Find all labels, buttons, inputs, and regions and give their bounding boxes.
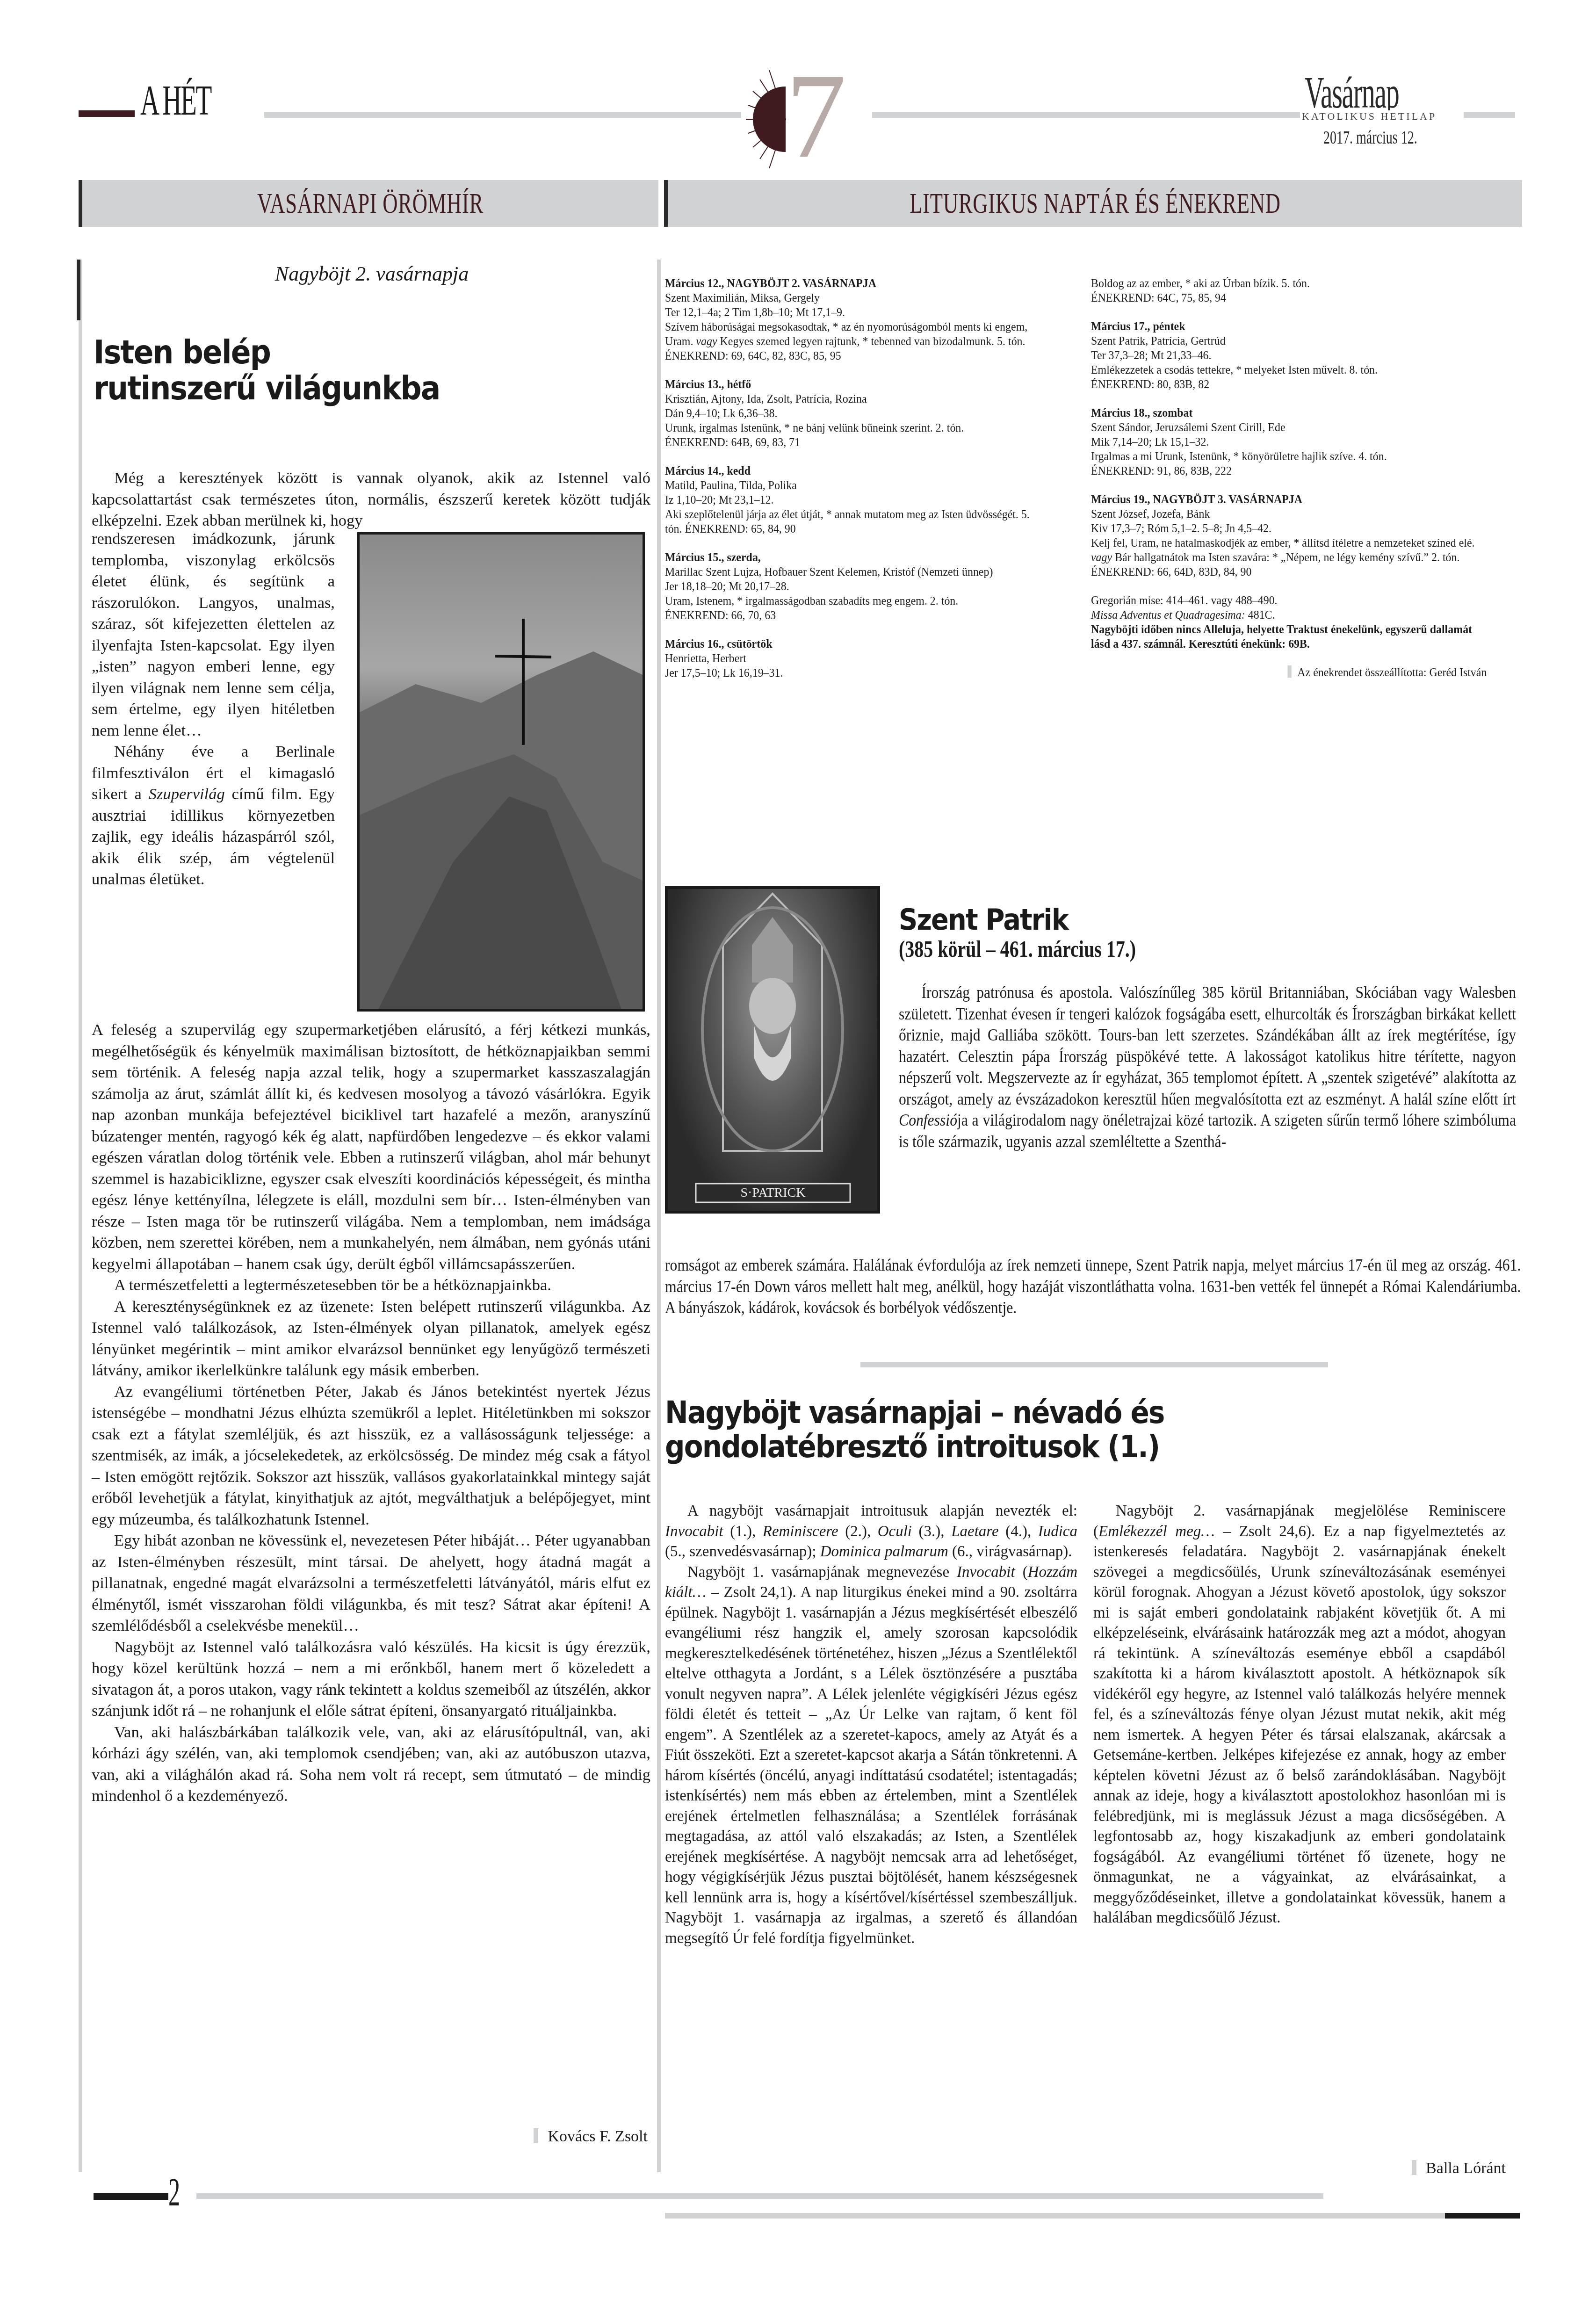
calendar-column-2: Boldog az az ember, * aki az Úrban bízik… <box>1091 276 1487 679</box>
calendar-entry: Március 12., NAGYBÖJT 2. VASÁRNAPJA Szen… <box>665 276 1044 363</box>
issue-date: 2017. március 12. <box>1323 126 1417 148</box>
mountain-cross-photo <box>357 532 645 1012</box>
calendar-antiphon: Irgalmas a mi Urunk, Istenünk, * könyörü… <box>1091 449 1487 463</box>
calendar-entry: Március 13., hétfő Krisztián, Ajtony, Id… <box>665 377 1044 449</box>
calendar-entry: Március 17., péntek Szent Patrik, Patríc… <box>1091 319 1487 391</box>
calendar-readings: Ter 37,3–28; Mt 21,33–46. <box>1091 348 1487 362</box>
body-paragraph: A természetfeletti a legtermészetesebben… <box>92 1275 650 1296</box>
patrik-title: Szent Patrik <box>899 903 1068 937</box>
introitus-paragraph: Nagyböjt 2. vasárnapjának megjelölése Re… <box>1093 1501 1506 1929</box>
section-header-liturgikus-naptar: LITURGIKUS NAPTÁR ÉS ÉNEKREND <box>664 180 1522 227</box>
calendar-antiphon: Emlékezzetek a csodás tettekre, * melyek… <box>1091 362 1487 377</box>
masthead-rule-left <box>264 112 741 118</box>
saint-patrick-stained-glass-icon: S·PATRICK <box>668 889 877 1211</box>
calendar-readings: Dán 9,4–10; Lk 6,36–38. <box>665 406 1044 420</box>
calendar-day: Március 19., NAGYBÖJT 3. VASÁRNAPJA <box>1091 492 1487 506</box>
calendar-antiphon: Uram, Istenem, * irgalmasságodban szabad… <box>665 593 1044 608</box>
calendar-names: Matild, Paulina, Tilda, Polika <box>665 478 1044 492</box>
section-header-title: VASÁRNAPI ÖRÖMHÍR <box>257 187 484 220</box>
calendar-names: Marillac Szent Lujza, Hofbauer Szent Kel… <box>665 564 1044 579</box>
body-paragraph: Egy hibát azonban ne kövessünk el, nevez… <box>92 1530 650 1637</box>
calendar-entry: Március 18., szombat Szent Sándor, Jeruz… <box>1091 405 1487 478</box>
calendar-readings: Jer 17,5–10; Lk 16,19–31. <box>665 665 1044 680</box>
patrik-paragraph: Írország patrónusa és apostola. Valószín… <box>899 982 1516 1152</box>
calendar-day: Március 16., csütörtök <box>665 636 1044 651</box>
calendar-readings: Kiv 17,3–7; Róm 5,1–2. 5–8; Jn 4,5–42. <box>1091 521 1487 535</box>
patrik-subtitle: (385 körül – 461. március 17.) <box>899 935 1136 962</box>
section-tag: A HÉT <box>140 79 211 122</box>
wrap-paragraph: rendszeresen imádkozunk, járunk templomb… <box>92 528 335 741</box>
mountain-summit-icon <box>360 535 643 1009</box>
calendar-hymns: ÉNEKREND: 66, 64D, 83D, 84, 90 <box>1091 564 1487 579</box>
body-paragraph: A feleség a szupervilág egy szupermarket… <box>92 1019 650 1275</box>
calendar-hymns: ÉNEKREND: 91, 86, 83B, 222 <box>1091 463 1487 478</box>
calendar-readings: Jer 18,18–20; Mt 20,17–28. <box>665 579 1044 593</box>
headline-line: Isten belép <box>94 334 599 370</box>
headline-line: Nagyböjt vasárnapjai – névadó és <box>665 1396 1465 1430</box>
introitus-column-1: A nagyböjt vasárnapjait introitusuk alap… <box>665 1501 1077 1949</box>
byline-marker <box>1287 665 1291 678</box>
article-intro: Még a keresztények között is vannak olya… <box>92 468 650 532</box>
calendar-names: Krisztián, Ajtony, Ida, Zsolt, Patrícia,… <box>665 391 1044 406</box>
calendar-readings: Ter 12,1–4a; 2 Tim 1,8b–10; Mt 17,1–9. <box>665 305 1044 319</box>
calendar-day: Március 13., hétfő <box>665 377 1044 391</box>
body-paragraph: Az evangéliumi történetben Péter, Jakab … <box>92 1381 650 1531</box>
section-header-title: LITURGIKUS NAPTÁR ÉS ÉNEKREND <box>910 187 1280 220</box>
calendar-readings: Iz 1,10–20; Mt 23,1–12. <box>665 492 1044 507</box>
calendar-column-1: Március 12., NAGYBÖJT 2. VASÁRNAPJA Szen… <box>665 276 1044 694</box>
section-tag-bar <box>79 110 135 117</box>
calendar-hymns: ÉNEKREND: 64C, 75, 85, 94 <box>1091 290 1487 305</box>
introitus-paragraph: Nagyböjt 1. vasárnapjának megnevezése In… <box>665 1562 1077 1949</box>
masthead-rule-right <box>872 112 1307 118</box>
masthead-rule-far-right <box>1464 112 1515 118</box>
calendar-hymns: ÉNEKREND: 80, 83B, 82 <box>1091 377 1487 391</box>
newspaper-subtitle: KATOLIKUS HETILAP <box>1300 110 1438 123</box>
left-frame-top-accent <box>77 260 80 320</box>
calendar-names: Szent Sándor, Jeruzsálemi Szent Cirill, … <box>1091 420 1487 434</box>
calendar-entry: Március 14., kedd Matild, Paulina, Tilda… <box>665 463 1044 536</box>
article-body: A feleség a szupervilág egy szupermarket… <box>92 1019 650 1807</box>
newspaper-logo[interactable]: Vasárnap <box>1305 70 1399 115</box>
calendar-names: Szent Patrik, Patrícia, Gertrúd <box>1091 333 1487 348</box>
calendar-names: Henrietta, Herbert <box>665 651 1044 665</box>
calendar-names: Szent Maximilián, Miksa, Gergely <box>665 290 1044 305</box>
introitus-headline: Nagyböjt vasárnapjai – névadó és gondola… <box>665 1396 1465 1464</box>
article-byline: Kovács F. Zsolt <box>374 2128 648 2146</box>
calendar-day: Március 15., szerda, <box>665 550 1044 564</box>
missa-line: Missa Adventus et Quadragesima: 481C. <box>1091 607 1487 622</box>
calendar-readings: Mik 7,14–20; Lk 15,1–32. <box>1091 434 1487 449</box>
calendar-antiphon: Kelj fel, Uram, ne hatalmaskodjék az emb… <box>1091 535 1487 564</box>
introitus-column-2: Nagyböjt 2. vasárnapjának megjelölése Re… <box>1093 1501 1506 1929</box>
calendar-day: Március 14., kedd <box>665 463 1044 478</box>
section-number: 7 <box>786 55 846 177</box>
calendar-antiphon: Urunk, irgalmas Istenünk, * ne bánj velü… <box>665 420 1044 435</box>
calendar-entry: Március 16., csütörtök Henrietta, Herber… <box>665 636 1044 680</box>
patrik-divider <box>860 1362 1328 1367</box>
calendar-hymns: ÉNEKREND: 66, 70, 63 <box>665 608 1044 622</box>
introitus-paragraph: A nagyböjt vasárnapjait introitusuk alap… <box>665 1501 1077 1562</box>
calendar-names: Szent József, Jozefa, Bánk <box>1091 506 1487 521</box>
footer-dark-bar <box>94 2193 168 2200</box>
calendar-antiphon: Aki szeplőtelenül járja az élet útját, *… <box>665 507 1044 536</box>
calendar-day: Március 17., péntek <box>1091 319 1487 333</box>
calendar-hymns: ÉNEKREND: 69, 64C, 82, 83C, 85, 95 <box>665 348 1044 363</box>
headline-line: rutinszerű világunkba <box>94 370 599 406</box>
article-headline: Isten belép rutinszerű világunkba <box>94 334 599 406</box>
gregorian-mass: Gregorián mise: 414–461. vagy 488–490. <box>1091 593 1487 607</box>
calendar-antiphon: Boldog az az ember, * aki az Úrban bízik… <box>1091 276 1487 290</box>
intro-paragraph: Még a keresztények között is vannak olya… <box>92 468 650 532</box>
lent-note: Nagyböjti időben nincs Alleluja, helyett… <box>1091 622 1487 651</box>
section-header-vasarnapi-oromhir: VASÁRNAPI ÖRÖMHÍR <box>79 180 658 227</box>
footer-rule-left <box>196 2193 1323 2199</box>
page-number: 2 <box>168 2170 180 2215</box>
patrik-paragraph: romságot az emberek számára. Halálának é… <box>665 1255 1521 1319</box>
patrik-body-full: romságot az emberek számára. Halálának é… <box>665 1255 1521 1319</box>
calendar-antiphon: Szívem háborúságai megsokasodtak, * az é… <box>665 319 1044 348</box>
calendar-entry: Március 19., NAGYBÖJT 3. VASÁRNAPJA Szen… <box>1091 492 1487 579</box>
footer-dark-bar-right <box>1445 2213 1520 2219</box>
calendar-day: Március 18., szombat <box>1091 405 1487 420</box>
body-paragraph: Nagyböjt az Istennel való találkozásra v… <box>92 1637 650 1722</box>
article-kicker: Nagyböjt 2. vasárnapja <box>84 262 659 286</box>
footer-rule-right <box>665 2213 1445 2219</box>
patrik-body-wrap: Írország patrónusa és apostola. Valószín… <box>899 982 1516 1152</box>
calendar-compiled-by: Az énekrendet összeállította: Geréd Istv… <box>1091 665 1487 679</box>
calendar-notes: Gregorián mise: 414–461. vagy 488–490. M… <box>1091 593 1487 651</box>
calendar-day: Március 12., NAGYBÖJT 2. VASÁRNAPJA <box>665 276 1044 290</box>
stained-glass-caption: S·PATRICK <box>740 1185 805 1200</box>
wrap-paragraph-2: Néhány éve a Berlinale filmfesztiválon é… <box>92 741 335 890</box>
calendar-continuation: Boldog az az ember, * aki az Úrban bízik… <box>1091 276 1487 305</box>
calendar-hymns: ÉNEKREND: 64B, 69, 83, 71 <box>665 435 1044 449</box>
headline-line: gondolatébresztő introitusok (1.) <box>665 1430 1465 1464</box>
body-paragraph: A kereszténységünknek ez az üzenete: Ist… <box>92 1296 650 1381</box>
introitus-byline: Balla Lóránt <box>1263 2160 1506 2177</box>
stained-glass-photo: S·PATRICK <box>665 886 880 1214</box>
body-paragraph: Van, aki halászbárkában találkozik vele,… <box>92 1722 650 1807</box>
article-wrap-text: rendszeresen imádkozunk, járunk templomb… <box>92 528 335 890</box>
calendar-entry: Március 15., szerda, Marillac Szent Lujz… <box>665 550 1044 622</box>
